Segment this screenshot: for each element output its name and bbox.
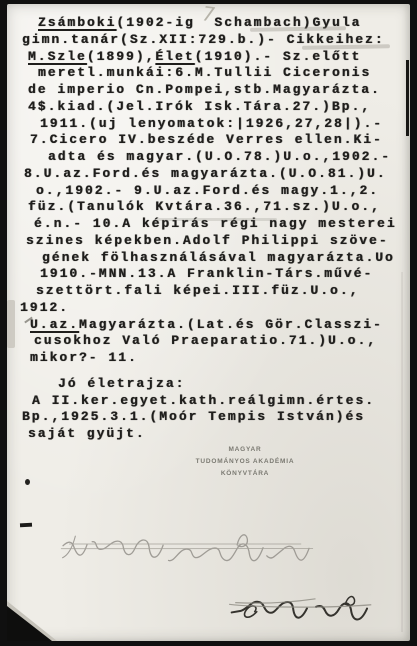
stamp-line-3: KÖNYVTÁRA bbox=[195, 468, 295, 480]
typed-line: adta és magyar.(U.O.78.)U.o.,1902.- bbox=[7, 149, 410, 166]
typed-segment: gének fölhasználásával magyarázta.Uo bbox=[42, 250, 395, 265]
typed-segment: 8.U.az.Ford.és magyarázta.(U.O.81.)U. bbox=[24, 166, 387, 181]
typed-segment-underlined: U.az. bbox=[30, 317, 79, 332]
typed-segment-underlined: Élet bbox=[155, 49, 194, 64]
typed-segment: 7.Cicero IV.beszéde Verres ellen.Ki- bbox=[30, 132, 383, 147]
typed-segment: szettört.fali képei.III.füz.U.o., bbox=[36, 283, 359, 298]
ink-dash bbox=[20, 523, 32, 528]
typed-line: szettört.fali képei.III.füz.U.o., bbox=[7, 283, 410, 300]
typed-segment-underlined: Zsámboki bbox=[38, 15, 116, 30]
handwritten-note-upper bbox=[54, 517, 316, 578]
typed-segment: A II.ker.egyet.kath.reálgimn.értes. bbox=[32, 393, 375, 408]
stamp-line-1: MAGYAR bbox=[195, 444, 295, 456]
typed-line: 1910.-MNN.13.A Franklin-Társ.művé- bbox=[7, 266, 410, 283]
catalog-card: 7 Zsámboki(1902-ig Schambach)Gyulagimn.t… bbox=[7, 4, 410, 641]
typed-line: 1912. bbox=[7, 300, 410, 317]
typed-segment: 1912. bbox=[20, 300, 69, 315]
typed-segment: szines képekben.Adolf Philippi szöve- bbox=[26, 233, 389, 248]
stamp-line-2: TUDOMÁNYOS AKADÉMIA bbox=[195, 456, 295, 468]
typed-line: de imperio Cn.Pompei,stb.Magyarázta. bbox=[7, 82, 410, 99]
typed-line: M.Szle(1899),Élet(1910).- Sz.előtt bbox=[7, 49, 410, 66]
edge-ink-mark bbox=[406, 60, 409, 136]
typed-line: 1911.(uj lenyomatok:|1926,27,28|).- bbox=[7, 116, 410, 133]
library-stamp: MAGYAR TUDOMÁNYOS AKADÉMIA KÖNYVTÁRA bbox=[195, 444, 295, 480]
typed-segment: füz.(Tanulók Kvtára.36.,71.sz.)U.o., bbox=[28, 199, 381, 214]
typed-text: Zsámboki(1902-ig Schambach)Gyulagimn.tan… bbox=[7, 15, 410, 443]
typed-segment: 4$.kiad.(Jel.Irók Isk.Tára.27.)Bp., bbox=[28, 99, 371, 114]
typed-line: cusokhoz Való Praeparatio.71.)U.o., bbox=[7, 333, 410, 350]
typed-segment: Magyarázta.(Lat.és Gör.Classzi- bbox=[79, 317, 383, 332]
typed-segment: (1910).- Sz.előtt bbox=[195, 49, 362, 64]
typed-line: szines képekben.Adolf Philippi szöve- bbox=[7, 233, 410, 250]
typed-line: Bp.,1925.3.1.(Moór Tempis István)és bbox=[7, 409, 410, 426]
typed-line: U.az.Magyarázta.(Lat.és Gör.Classzi- bbox=[7, 317, 410, 334]
typed-line: o.,1902.- 9.U.az.Ford.és magy.1.,2. bbox=[7, 183, 410, 200]
typed-line: saját gyüjt. bbox=[7, 426, 410, 443]
pencil-smudge bbox=[157, 218, 277, 221]
typed-line: füz.(Tanulók Kvtára.36.,71.sz.)U.o., bbox=[7, 199, 410, 216]
typed-segment-underlined: M.Szle bbox=[28, 49, 87, 64]
typed-segment: 1911.(uj lenyomatok:|1926,27,28|).- bbox=[40, 116, 383, 131]
typed-segment: (1899), bbox=[87, 49, 156, 64]
typed-line: 8.U.az.Ford.és magyarázta.(U.O.81.)U. bbox=[7, 166, 410, 183]
typed-line: 4$.kiad.(Jel.Irók Isk.Tára.27.)Bp., bbox=[7, 99, 410, 116]
scanned-catalog-card-page: { "card": { "type": "library-catalog-car… bbox=[0, 0, 417, 646]
typed-segment: Jó életrajza: bbox=[58, 376, 185, 391]
typed-segment: de imperio Cn.Pompei,stb.Magyarázta. bbox=[28, 82, 381, 97]
ink-dot bbox=[25, 479, 30, 485]
typed-line: Jó életrajza: bbox=[7, 376, 410, 393]
typed-segment: 1910.-MNN.13.A Franklin-Társ.művé- bbox=[40, 266, 373, 281]
typed-segment: meretl.munkái:6.M.Tullii Ciceronis bbox=[38, 65, 371, 80]
typed-line: meretl.munkái:6.M.Tullii Ciceronis bbox=[7, 65, 410, 82]
tape-remnant bbox=[7, 300, 15, 348]
handwritten-note-lower bbox=[224, 580, 376, 636]
typed-line: 7.Cicero IV.beszéde Verres ellen.Ki- bbox=[7, 132, 410, 149]
typed-segment: Bp.,1925.3.1.(Moór Tempis István)és bbox=[22, 409, 365, 424]
torn-corner bbox=[7, 606, 52, 641]
typed-segment: mikor?- 11. bbox=[30, 350, 138, 365]
typed-segment: adta és magyar.(U.O.78.)U.o.,1902.- bbox=[48, 149, 391, 164]
typed-segment: cusokhoz Való Praeparatio.71.)U.o., bbox=[34, 333, 377, 348]
typed-line: gének fölhasználásával magyarázta.Uo bbox=[7, 250, 410, 267]
typed-line: Zsámboki(1902-ig Schambach)Gyula bbox=[7, 15, 410, 32]
typed-line: A II.ker.egyet.kath.reálgimn.értes. bbox=[7, 393, 410, 410]
typed-line: mikor?- 11. bbox=[7, 350, 410, 367]
typed-segment: o.,1902.- 9.U.az.Ford.és magy.1.,2. bbox=[36, 183, 379, 198]
typed-segment: saját gyüjt. bbox=[28, 426, 146, 441]
paper-crease bbox=[401, 272, 403, 632]
